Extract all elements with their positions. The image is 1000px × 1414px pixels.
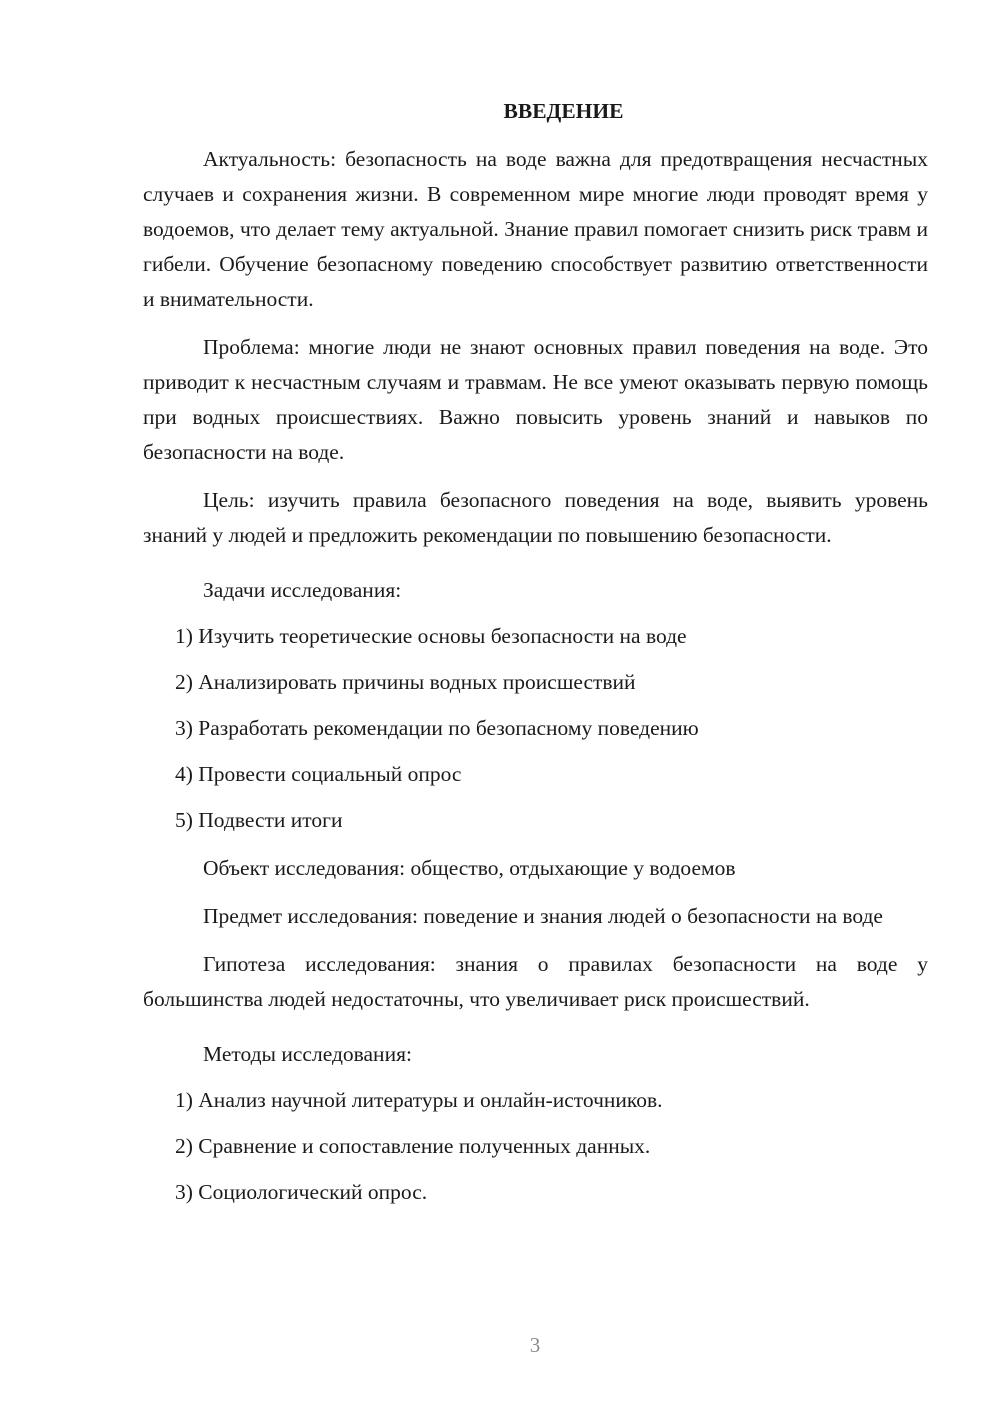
tasks-list: 1) Изучить теоретические основы безопасн… [143, 619, 928, 838]
methods-list: 1) Анализ научной литературы и онлайн-ис… [143, 1083, 928, 1210]
hypothesis-paragraph: Гипотеза исследования: знания о правилах… [143, 947, 928, 1017]
list-item: 2) Сравнение и сопоставление полученных … [143, 1129, 928, 1164]
section-title: ВВЕДЕНИЕ [171, 94, 956, 129]
tasks-heading: Задачи исследования: [143, 573, 928, 608]
page-content: ВВЕДЕНИЕ Актуальность: безопасность на в… [143, 94, 928, 1210]
methods-heading: Методы исследования: [143, 1037, 928, 1072]
document-page: ВВЕДЕНИЕ Актуальность: безопасность на в… [0, 0, 1000, 1414]
list-item: 3) Разработать рекомендации по безопасно… [143, 711, 928, 746]
problem-paragraph: Проблема: многие люди не знают основных … [143, 330, 928, 470]
object-paragraph: Объект исследования: общество, отдыхающи… [143, 851, 928, 886]
page-number: 3 [0, 1333, 1000, 1358]
list-item: 3) Социологический опрос. [143, 1175, 928, 1210]
list-item: 1) Изучить теоретические основы безопасн… [143, 619, 928, 654]
list-item: 4) Провести социальный опрос [143, 757, 928, 792]
goal-paragraph: Цель: изучить правила безопасного поведе… [143, 483, 928, 553]
list-item: 2) Анализировать причины водных происшес… [143, 665, 928, 700]
list-item: 1) Анализ научной литературы и онлайн-ис… [143, 1083, 928, 1118]
list-item: 5) Подвести итоги [143, 803, 928, 838]
relevance-paragraph: Актуальность: безопасность на воде важна… [143, 142, 928, 317]
subject-paragraph: Предмет исследования: поведение и знания… [143, 899, 928, 934]
